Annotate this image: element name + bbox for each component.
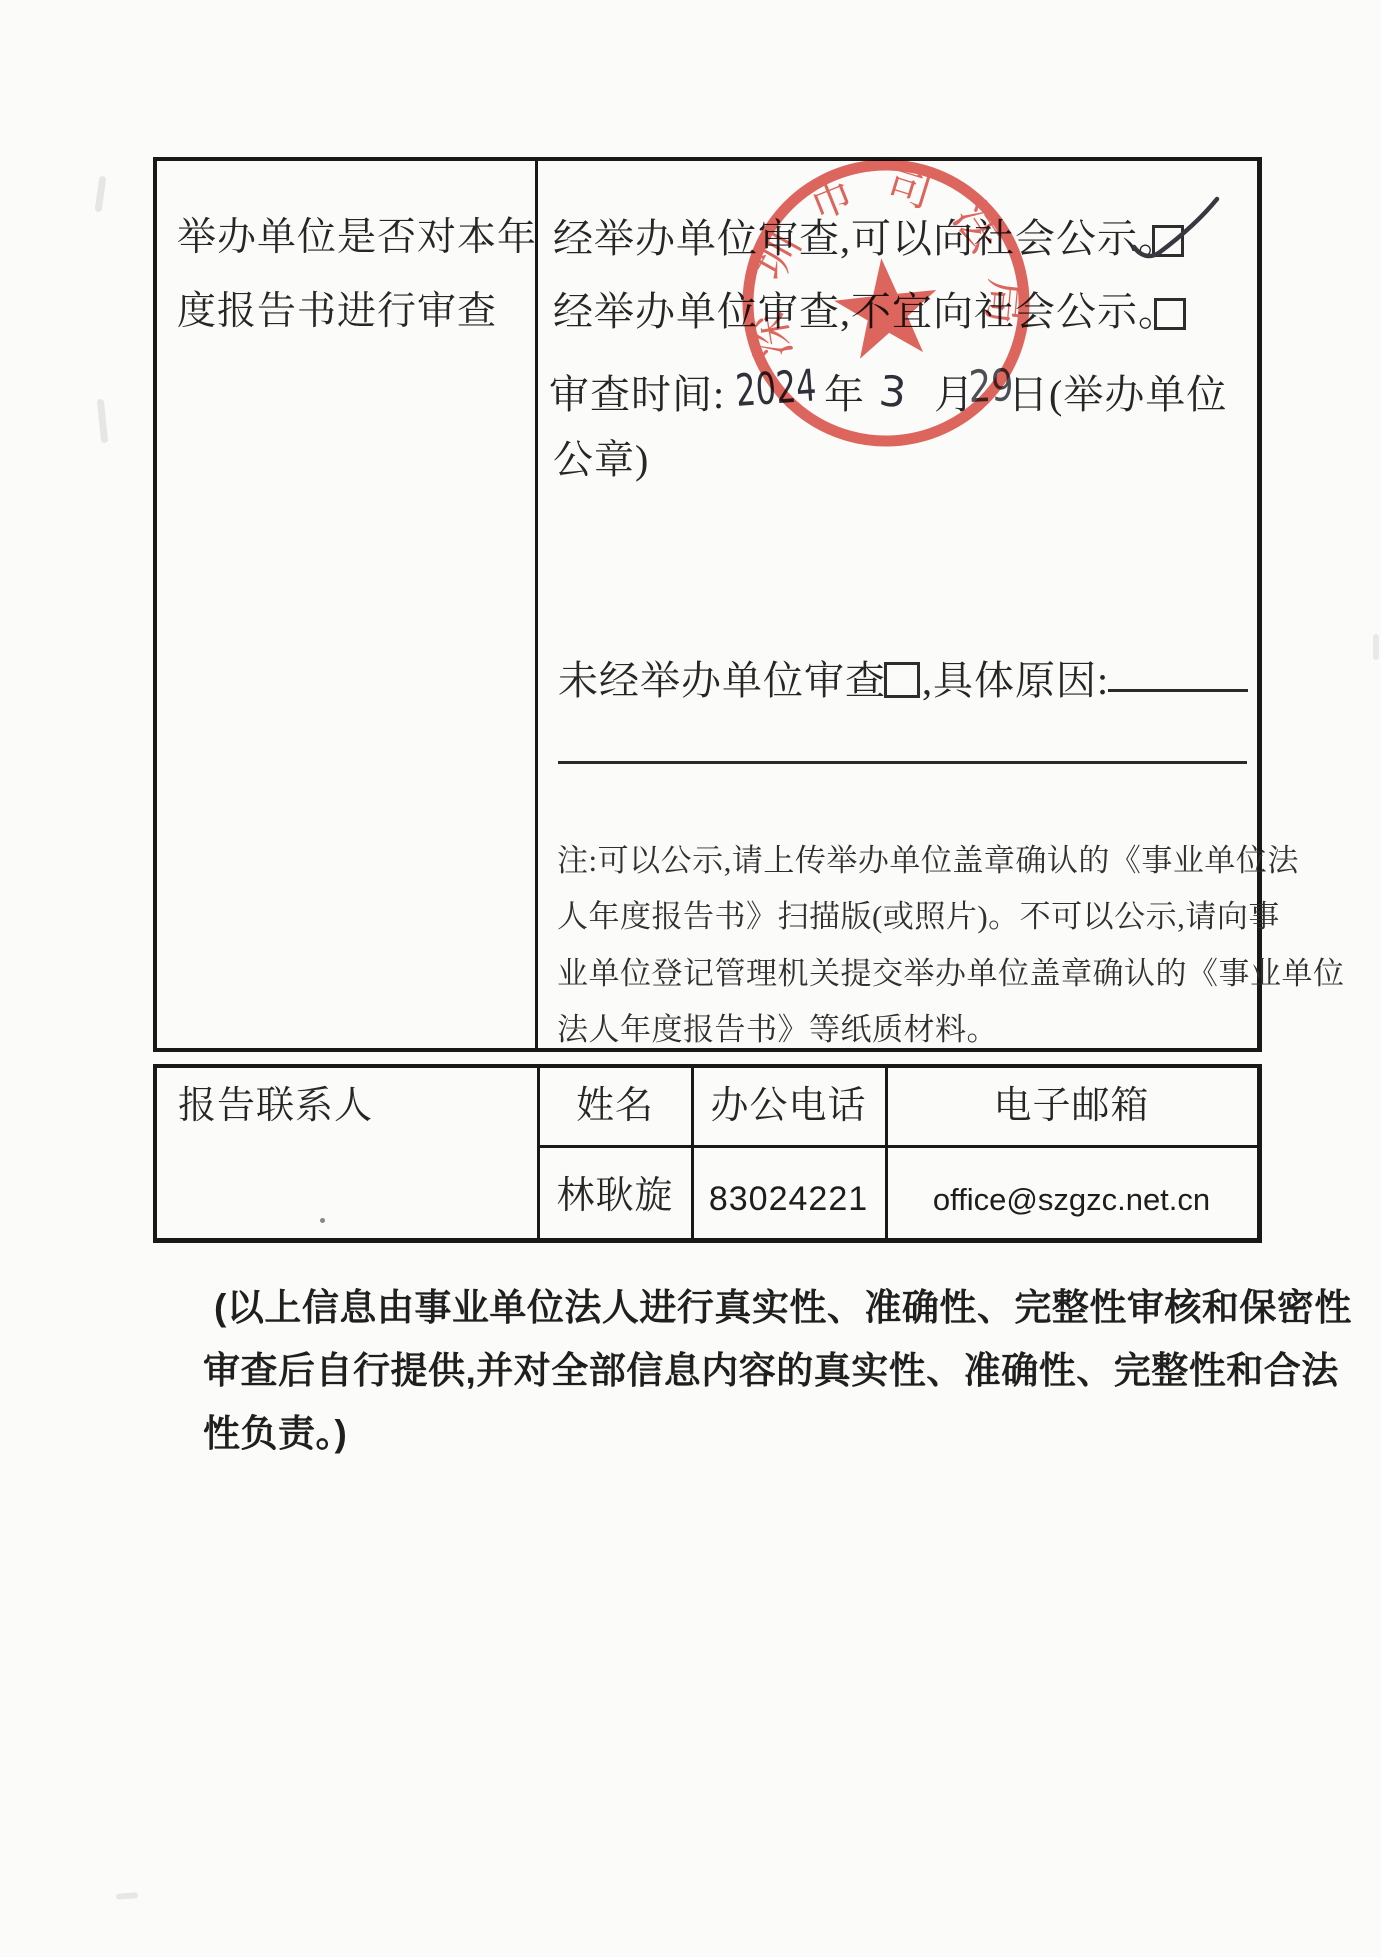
scan-smudge-left-1 <box>95 176 107 213</box>
table2-border-bottom <box>153 1238 1262 1243</box>
contact-col-name: 姓名 <box>539 1086 691 1128</box>
scan-smudge-bottom <box>116 1892 138 1900</box>
note-line-4: 法人年度报告书》等纸质材料。 <box>557 1013 998 1047</box>
reason-blank-long[interactable] <box>558 761 1247 764</box>
contact-phone-value: 83024221 <box>691 1180 886 1219</box>
not-reviewed-suffix: ,具体原因: <box>922 659 1109 703</box>
day-unit-paren: 日(举办单位 <box>1008 373 1227 417</box>
handwritten-year: 2024 <box>734 360 818 417</box>
not-reviewed-checkbox[interactable] <box>884 662 920 698</box>
contact-row-label: 报告联系人 <box>178 1086 373 1128</box>
table1-border-bottom <box>153 1048 1262 1052</box>
scan-smudge-right <box>1373 634 1379 660</box>
option-not-public-label: 经举办单位审查,不宜向社会公示。 <box>553 290 1179 334</box>
contact-name-value: 林耿旋 <box>539 1176 691 1218</box>
table1-column-divider <box>535 157 538 1052</box>
footer-line-1: (以上信息由事业单位法人进行真实性、准确性、完整性审核和保密性 <box>214 1277 1352 1331</box>
seal-paren-end: 公章) <box>553 438 649 482</box>
scan-smudge-left-2 <box>97 399 109 443</box>
review-time-label: 审查时间: <box>549 373 725 417</box>
table2-border-top <box>153 1064 1262 1068</box>
question-line-2: 度报告书进行审查 <box>177 291 497 334</box>
scanned-report-page: 举办单位是否对本年 度报告书进行审查 经举办单位审查,可以向社会公示。 经举办单… <box>0 0 1381 1957</box>
reason-blank-short[interactable] <box>1108 689 1248 692</box>
option-public-checkbox[interactable] <box>1152 225 1184 257</box>
note-line-1: 注:可以公示,请上传举办单位盖章确认的《事业单位法 <box>557 844 1299 878</box>
footer-line-3: 性负责。) <box>203 1403 347 1457</box>
table1-border-top <box>153 157 1262 161</box>
not-reviewed-label: 未经举办单位审查 <box>558 659 886 703</box>
question-line-1: 举办单位是否对本年 <box>177 217 537 260</box>
stray-dot-mark <box>320 1218 325 1223</box>
footer-line-2: 审查后自行提供,并对全部信息内容的真实性、准确性、完整性和合法 <box>203 1340 1339 1394</box>
year-unit: 年 <box>824 373 865 417</box>
note-line-2: 人年度报告书》扫描版(或照片)。不可以公示,请向事 <box>557 900 1280 934</box>
contact-col-email: 电子邮箱 <box>885 1086 1258 1128</box>
handwritten-month: 3 <box>877 366 909 418</box>
option-not-public-checkbox[interactable] <box>1154 298 1186 330</box>
contact-col-phone: 办公电话 <box>691 1086 886 1128</box>
table1-border-left <box>153 157 157 1052</box>
note-line-3: 业单位登记管理机关提交举办单位盖章确认的《事业单位 <box>557 957 1345 991</box>
option-public-label: 经举办单位审查,可以向社会公示。 <box>553 217 1179 261</box>
table2-row-divider <box>537 1145 1260 1148</box>
table2-border-left <box>153 1064 157 1243</box>
contact-email-value: office@szgzc.net.cn <box>885 1182 1258 1218</box>
